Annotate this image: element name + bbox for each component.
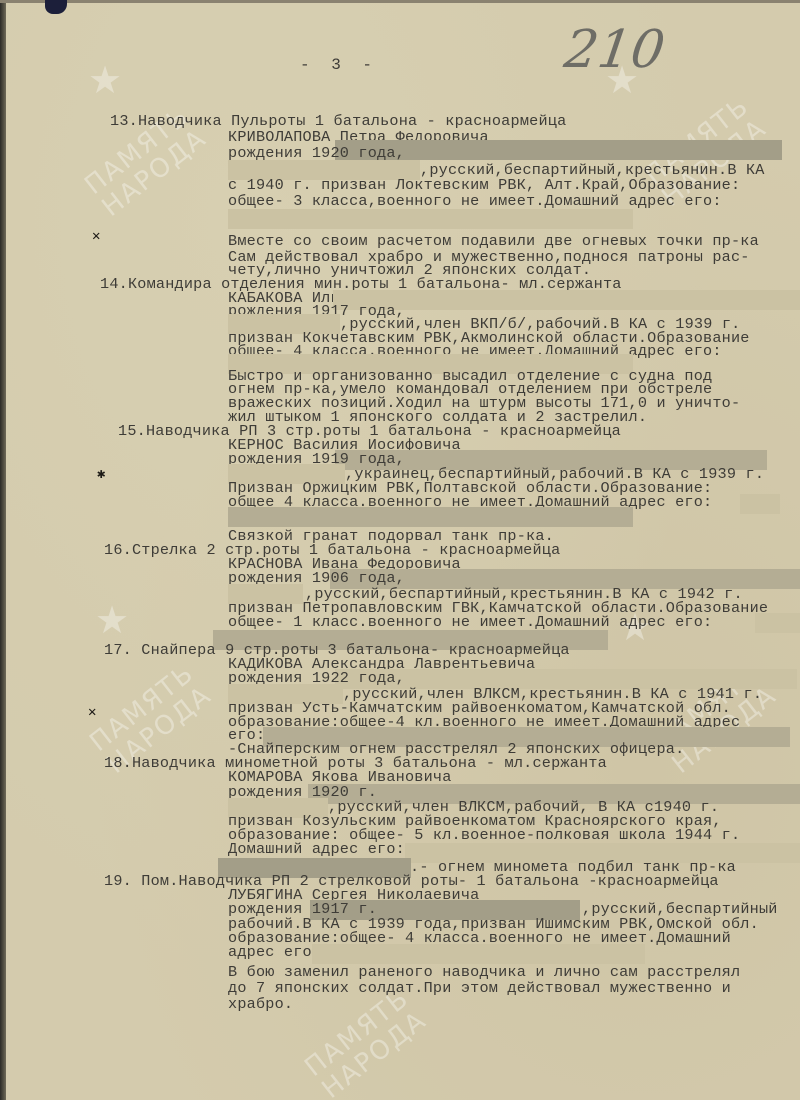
punch-hole-mark: ✕	[88, 708, 98, 718]
archive-handwritten-number: 210	[561, 20, 669, 80]
entry-19-deed: до 7 японских солдат.При этом действовал…	[228, 980, 731, 996]
redaction-block	[755, 613, 800, 633]
entry-19-deed: храбро.	[228, 996, 293, 1012]
ink-blot	[45, 0, 67, 14]
redaction-block	[228, 507, 633, 527]
redaction-block	[228, 209, 633, 229]
entry-13-deed: Вместе со своим расчетом подавили две ог…	[228, 233, 759, 249]
watermark-text: ПАМЯТЬНАРОДА	[300, 984, 432, 1100]
entry-13-draft: с 1940 г. призван Локтевским РВК, Алт.Кр…	[228, 177, 740, 193]
entry-13-education: общее- 3 класса,военного не имеет.Домашн…	[228, 193, 722, 209]
punch-hole-mark: ✕	[92, 232, 102, 242]
entry-13-birth: рождения 1920 года,	[228, 145, 405, 161]
redaction-block	[740, 494, 780, 514]
punch-hole-mark: ✱	[97, 470, 107, 480]
watermark-star-icon: ★	[95, 598, 129, 642]
redaction-block	[312, 944, 645, 964]
entry-13-heading: 13.Наводчика Пульроты 1 батальона - крас…	[110, 113, 566, 129]
page-edge-shadow	[0, 0, 6, 1100]
entry-19-deed: В бою заменил раненого наводчика и лично…	[228, 964, 740, 980]
page-top-edge	[0, 0, 800, 3]
entry-16-education: общее- 1 класс.военного не имеет.Домашни…	[228, 614, 712, 630]
document-page: ★ ПАМЯТЬНАРОДА ★ ПАМЯТЬНАРОДА ★ ПАМЯТЬНА…	[0, 0, 800, 1100]
entry-18-address-label: Домашний адрес его:	[228, 841, 405, 857]
page-number: - 3 -	[300, 56, 378, 74]
entry-19-address-label: адрес его:	[228, 944, 321, 960]
watermark-star-icon: ★	[88, 58, 122, 102]
